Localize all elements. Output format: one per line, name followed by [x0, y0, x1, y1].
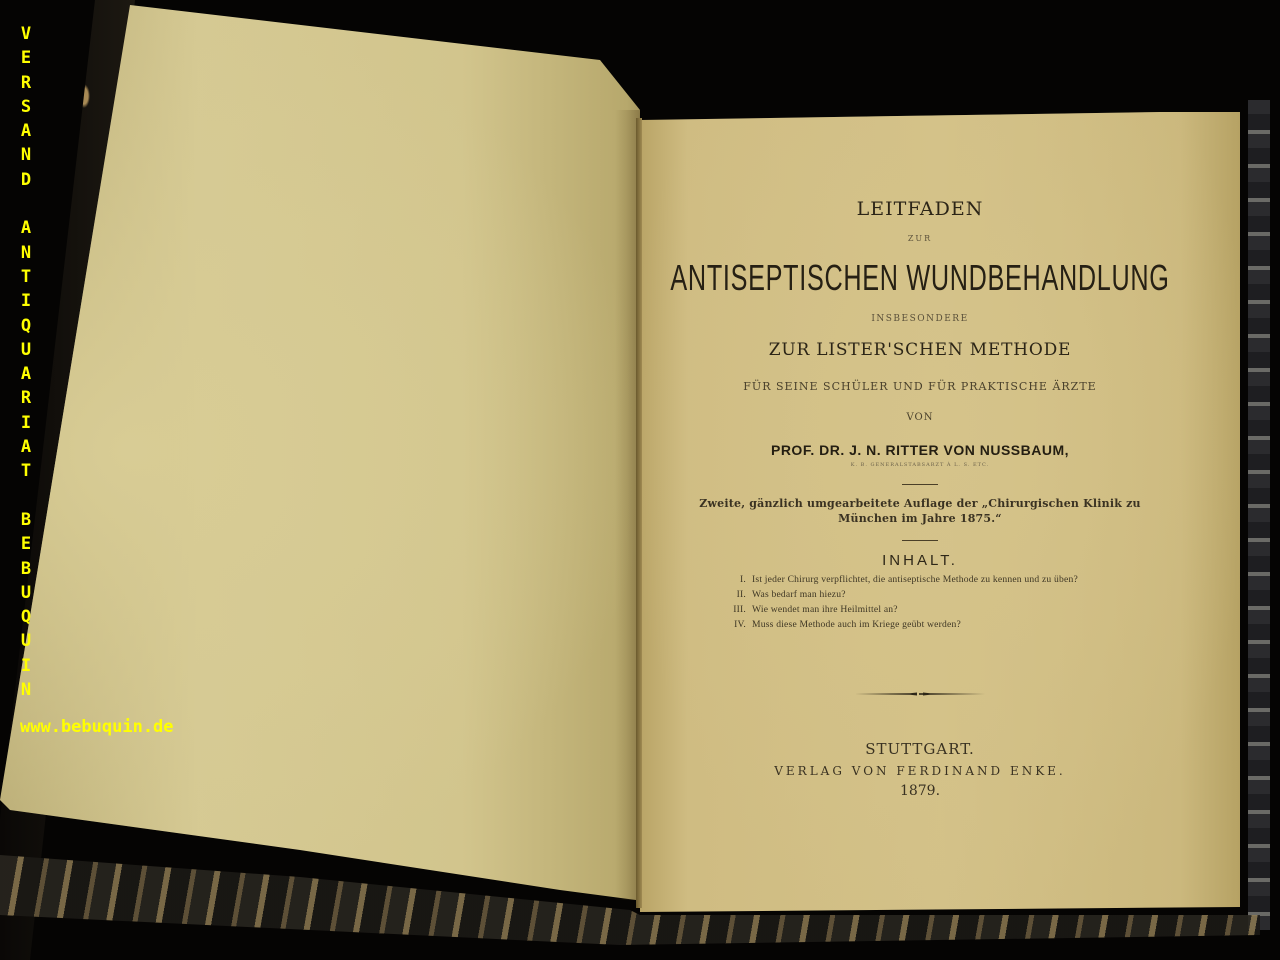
watermark-letter: Q: [18, 605, 34, 629]
main-title: ANTISEPTISCHEN WUNDBEHANDLUNG: [584, 257, 1256, 299]
contents-item-number: II.: [722, 587, 752, 602]
watermark-letter: V: [18, 22, 34, 46]
title-zur: ZUR: [640, 234, 1200, 243]
edition-note: Zweite, gänzlich umgearbeitete Auflage d…: [670, 496, 1170, 526]
contents-item-text: Was bedarf man hiezu?: [752, 587, 846, 602]
publication-place: STUTTGART.: [640, 740, 1200, 758]
title-page-content: LEITFADEN ZUR ANTISEPTISCHEN WUNDBEHANDL…: [640, 112, 1200, 902]
watermark-letter: A: [18, 362, 34, 386]
von-label: VON: [640, 412, 1200, 423]
watermark-letter: U: [18, 629, 34, 653]
contents-item-number: IV.: [722, 617, 752, 632]
watermark-letter: E: [18, 532, 34, 556]
watermark-letter: T: [18, 459, 34, 483]
watermark-letter: U: [18, 581, 34, 605]
publication-year: 1879.: [640, 783, 1200, 799]
divider-rule: [902, 540, 938, 541]
watermark-letter: Q: [18, 314, 34, 338]
contents-item-text: Muss diese Methode auch im Kriege geübt …: [752, 617, 961, 632]
contents-item: IV. Muss diese Methode auch im Kriege ge…: [722, 617, 1192, 632]
contents-heading: INHALT.: [640, 552, 1200, 569]
watermark-letter: N: [18, 241, 34, 265]
author-title: K. B. GENERALSTABSARZT À L. S. ETC.: [640, 462, 1200, 468]
watermark-letter: N: [18, 143, 34, 167]
watermark-letter: U: [18, 338, 34, 362]
watermark-letter: B: [18, 508, 34, 532]
watermark-letter: [18, 192, 34, 216]
watermark-letter: A: [18, 216, 34, 240]
contents-item: III. Wie wendet man ihre Heilmittel an?: [722, 602, 1192, 617]
marbled-cover-right: [1248, 100, 1270, 930]
contents-item-text: Wie wendet man ihre Heilmittel an?: [752, 602, 898, 617]
contents-item-number: I.: [722, 572, 752, 587]
contents-list: I. Ist jeder Chirurg verpflichtet, die a…: [722, 572, 1192, 632]
watermark-letter: T: [18, 265, 34, 289]
subtitle-method: ZUR LISTER'SCHEN METHODE: [640, 340, 1200, 360]
contents-item: I. Ist jeder Chirurg verpflichtet, die a…: [722, 572, 1192, 587]
watermark-letter: S: [18, 95, 34, 119]
watermark-letter: N: [18, 678, 34, 702]
contents-item-number: III.: [722, 602, 752, 617]
title-leitfaden: LEITFADEN: [640, 198, 1200, 220]
watermark-letter: D: [18, 168, 34, 192]
contents-item: II. Was bedarf man hiezu?: [722, 587, 1192, 602]
watermark-letter: R: [18, 386, 34, 410]
watermark-letter: I: [18, 411, 34, 435]
subtitle-insbesondere: INSBESONDERE: [640, 314, 1200, 324]
watermark-letter: I: [18, 654, 34, 678]
watermark-letter: I: [18, 289, 34, 313]
watermark-letter: A: [18, 119, 34, 143]
watermark-letter: [18, 484, 34, 508]
watermark-url: www.bebuquin.de: [20, 717, 174, 737]
publisher: VERLAG VON FERDINAND ENKE.: [640, 764, 1200, 778]
divider-rule: [902, 484, 938, 485]
watermark-letter: E: [18, 46, 34, 70]
watermark-letter: B: [18, 557, 34, 581]
contents-item-text: Ist jeder Chirurg verpflichtet, die anti…: [752, 572, 1078, 587]
watermark-letter: R: [18, 71, 34, 95]
audience-line: FÜR SEINE SCHÜLER UND FÜR PRAKTISCHE ÄRZ…: [620, 380, 1220, 393]
author-name: PROF. DR. J. N. RITTER VON NUSSBAUM,: [620, 442, 1220, 458]
watermark-letter: A: [18, 435, 34, 459]
ornamental-rule-icon: [855, 692, 985, 696]
watermark-vertical-text: V E R S A N D A N T I Q U A R I A T B E …: [18, 22, 34, 702]
